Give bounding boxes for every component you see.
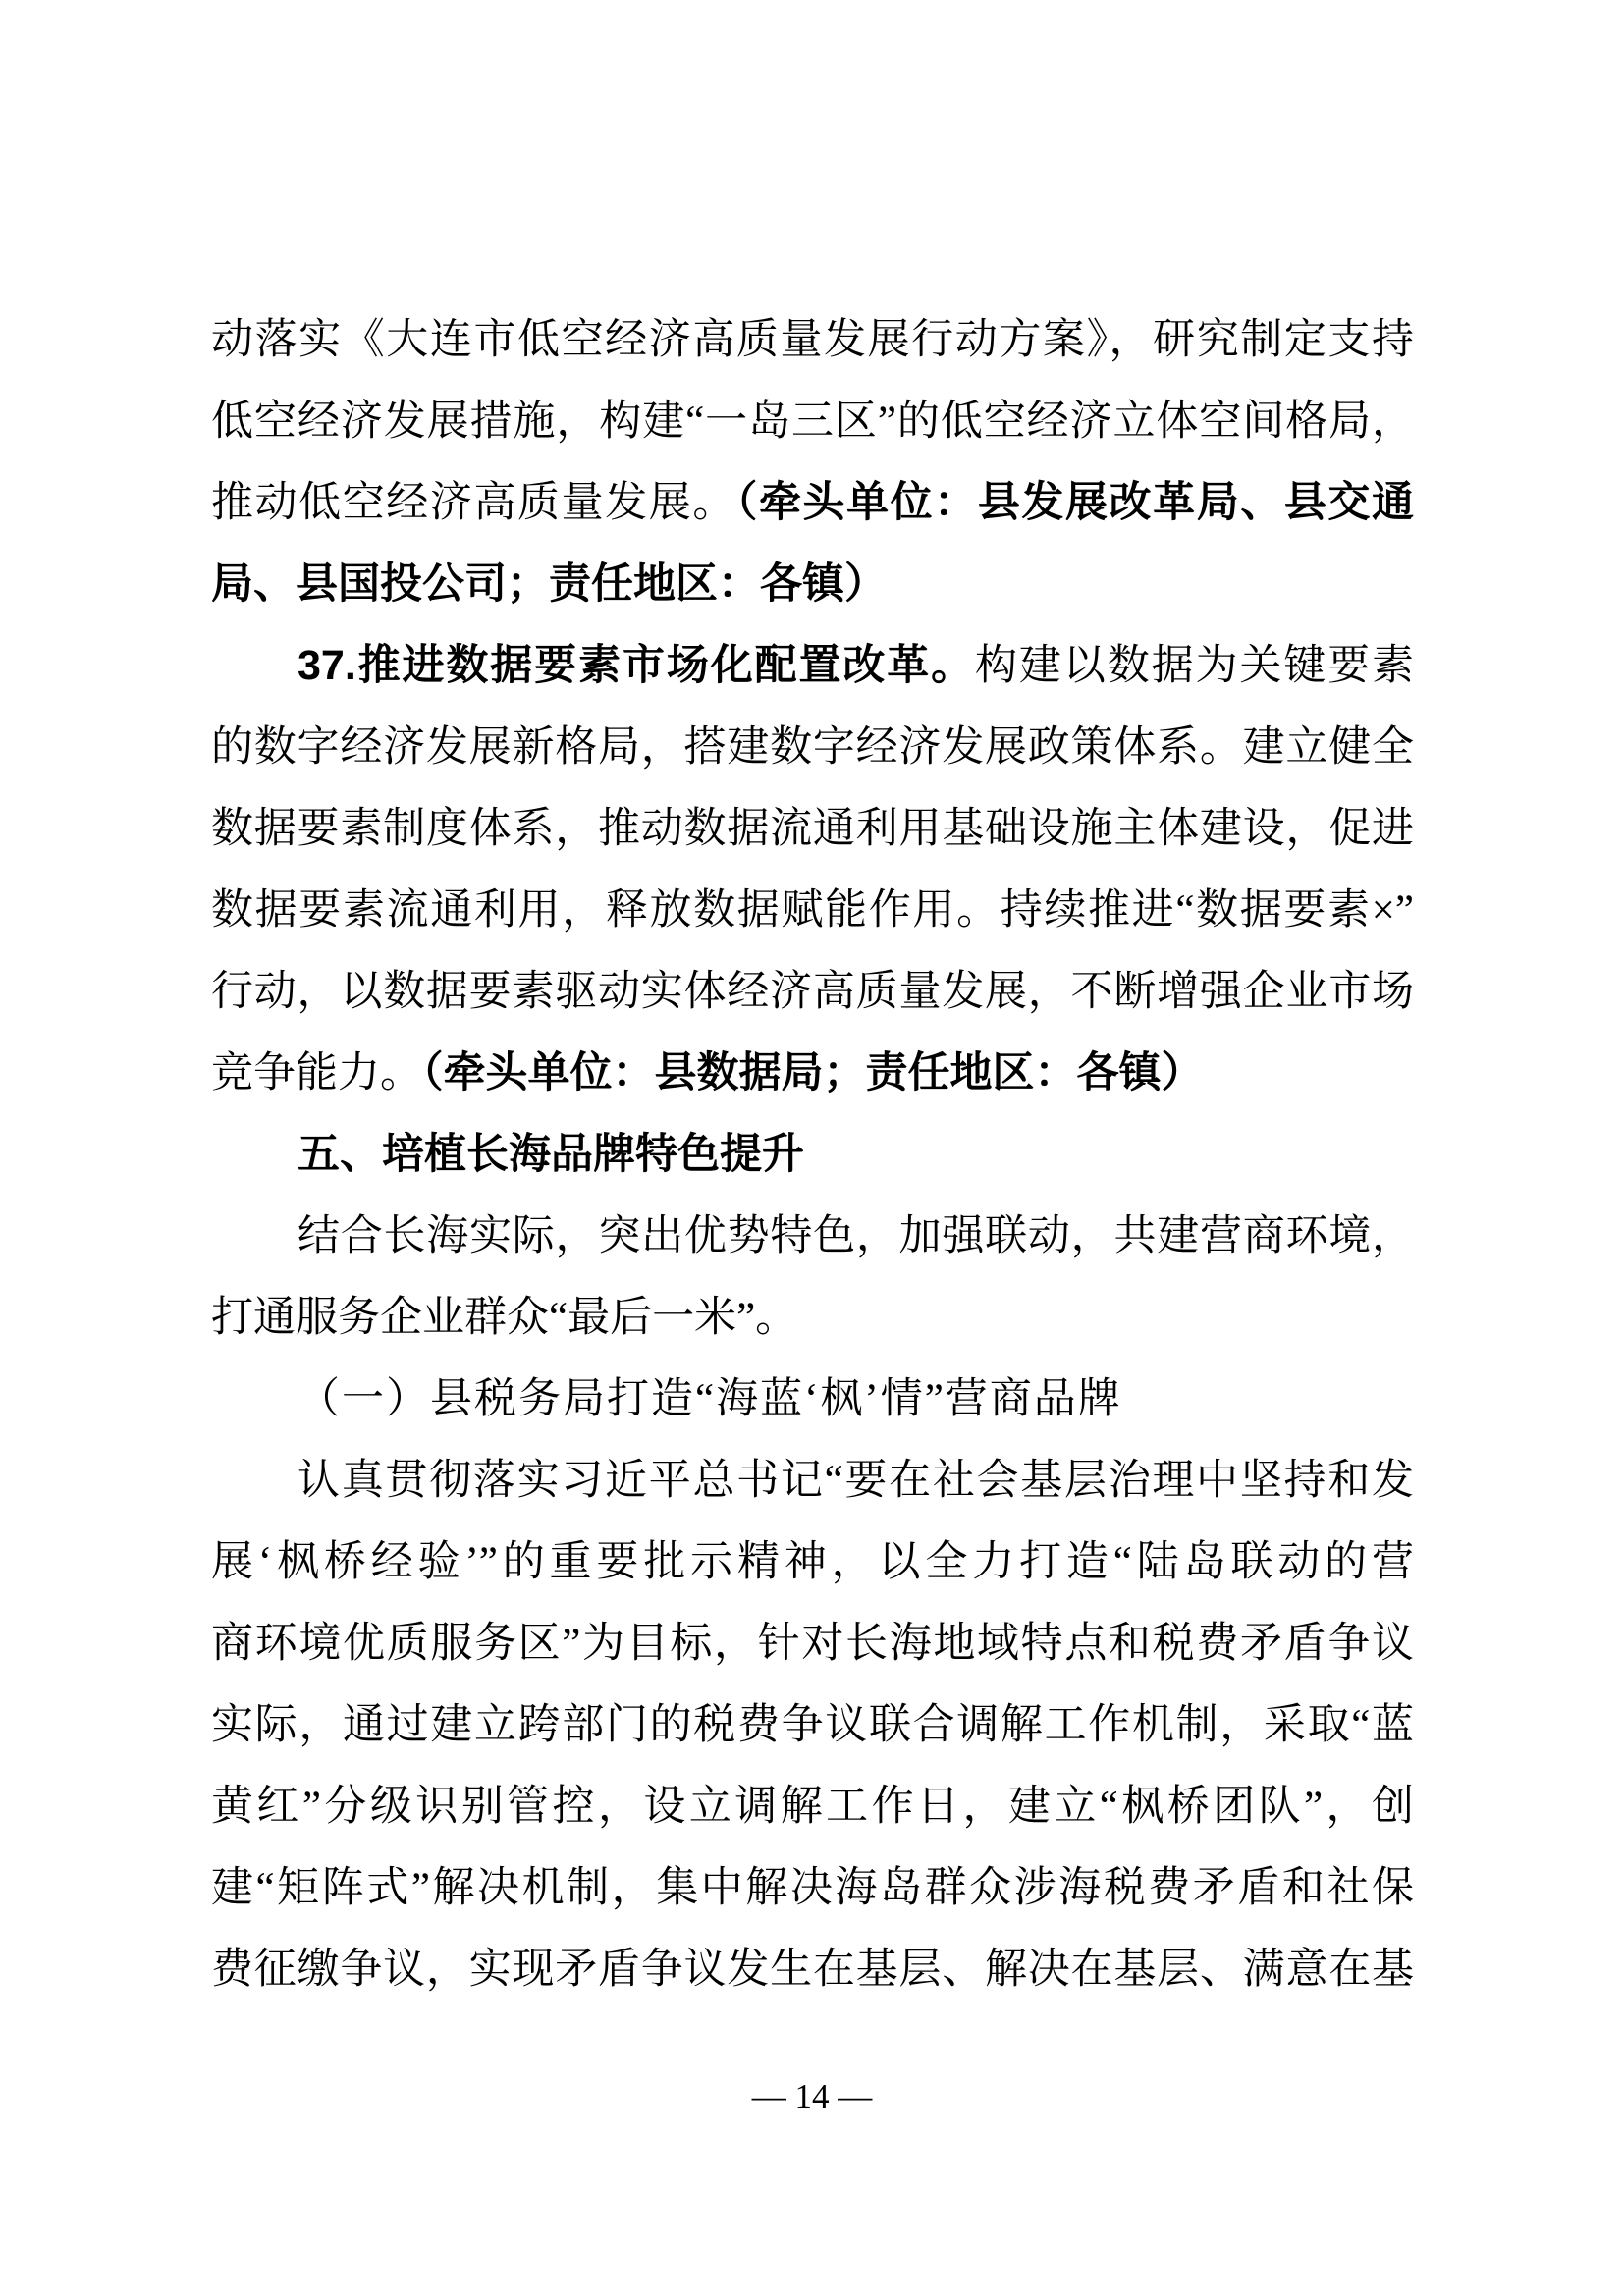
text-line: 黄红”分级识别管控，设立调解工作日，建立“枫桥团队”，创 xyxy=(211,1766,1414,1847)
text-line: 动落实《大连市低空经济高质量发展行动方案》，研究制定支持 xyxy=(211,299,1414,381)
body-text-segment: 结合长海实际，突出优势特色，加强联动，共建营商环境， xyxy=(298,1213,1414,1259)
text-line: 建“矩阵式”解决机制，集中解决海岛群众涉海税费矛盾和社保 xyxy=(211,1847,1414,1929)
bold-text-segment: 五、培植长海品牌特色提升 xyxy=(298,1131,804,1178)
text-line: 数据要素流通利用，释放数据赋能作用。持续推进“数据要素×” xyxy=(211,870,1414,951)
body-text-segment: 行动，以数据要素驱动实体经济高质量发展，不断增强企业市场 xyxy=(211,969,1414,1015)
body-text-segment: 低空经济发展措施，构建“一岛三区”的低空经济立体空间格局， xyxy=(211,399,1414,445)
document-page: 动落实《大连市低空经济高质量发展行动方案》，研究制定支持低空经济发展措施，构建“… xyxy=(0,0,1624,2296)
body-text-segment: 商环境优质服务区”为目标，针对长海地域特点和税费矛盾争议 xyxy=(211,1621,1414,1667)
text-line: 推动低空经济高质量发展。（牵头单位：县发展改革局、县交通 xyxy=(211,462,1414,544)
text-line: 局、县国投公司；责任地区：各镇） xyxy=(211,544,1414,625)
text-line: 打通服务企业群众“最后一米”。 xyxy=(211,1277,1414,1359)
body-text-segment: 竞争能力。 xyxy=(211,1050,422,1096)
text-line: 认真贯彻落实习近平总书记“要在社会基层治理中坚持和发 xyxy=(211,1440,1414,1522)
text-line: 结合长海实际，突出优势特色，加强联动，共建营商环境， xyxy=(211,1196,1414,1277)
body-text-segment: 的数字经济发展新格局，搭建数字经济发展政策体系。建立健全 xyxy=(211,724,1414,771)
page-number: — 14 — xyxy=(0,2073,1624,2120)
text-line: 37.推进数据要素市场化配置改革。构建以数据为关键要素 xyxy=(211,625,1414,707)
body-text-segment: 费征缴争议，实现矛盾争议发生在基层、解决在基层、满意在基 xyxy=(211,1947,1414,1993)
body-text-segment: 数据要素流通利用，释放数据赋能作用。持续推进“数据要素×” xyxy=(211,887,1414,934)
bold-text-segment: 37.推进数据要素市场化配置改革。 xyxy=(298,642,975,689)
body-text-segment: 建“矩阵式”解决机制，集中解决海岛群众涉海税费矛盾和社保 xyxy=(211,1865,1414,1911)
text-line: 展‘枫桥经验’”的重要批示精神，以全力打造“陆岛联动的营 xyxy=(211,1522,1414,1603)
text-line: 费征缴争议，实现矛盾争议发生在基层、解决在基层、满意在基 xyxy=(211,1929,1414,2010)
text-line: 数据要素制度体系，推动数据流通利用基础设施主体建设，促进 xyxy=(211,788,1414,870)
text-line: （一）县税务局打造“海蓝‘枫’情”营商品牌 xyxy=(211,1359,1414,1440)
text-line: 低空经济发展措施，构建“一岛三区”的低空经济立体空间格局， xyxy=(211,381,1414,462)
text-line: 实际，通过建立跨部门的税费争议联合调解工作机制，采取“蓝 xyxy=(211,1684,1414,1766)
body-text-segment: 构建以数据为关键要素 xyxy=(975,643,1414,689)
kaiti-heading-segment: （一）县税务局打造“海蓝‘枫’情”营商品牌 xyxy=(298,1376,1122,1422)
bold-text-segment: 局、县国投公司；责任地区：各镇） xyxy=(211,561,887,608)
body-text-segment: 数据要素制度体系，推动数据流通利用基础设施主体建设，促进 xyxy=(211,806,1414,852)
body-text-segment: 黄红”分级识别管控，设立调解工作日，建立“枫桥团队”，创 xyxy=(211,1784,1414,1830)
body-text-segment: 认真贯彻落实习近平总书记“要在社会基层治理中坚持和发 xyxy=(298,1458,1414,1504)
document-body: 动落实《大连市低空经济高质量发展行动方案》，研究制定支持低空经济发展措施，构建“… xyxy=(211,299,1414,2010)
text-line: 的数字经济发展新格局，搭建数字经济发展政策体系。建立健全 xyxy=(211,707,1414,788)
bold-text-segment: （牵头单位：县数据局；责任地区：各镇） xyxy=(422,1049,1204,1096)
bold-text-segment: （牵头单位：县发展改革局、县交通 xyxy=(736,479,1414,526)
body-text-segment: 实际，通过建立跨部门的税费争议联合调解工作机制，采取“蓝 xyxy=(211,1702,1414,1748)
text-line: 商环境优质服务区”为目标，针对长海地域特点和税费矛盾争议 xyxy=(211,1603,1414,1684)
text-line: 竞争能力。（牵头单位：县数据局；责任地区：各镇） xyxy=(211,1033,1414,1114)
text-line: 五、培植长海品牌特色提升 xyxy=(211,1114,1414,1196)
body-text-segment: 展‘枫桥经验’”的重要批示精神，以全力打造“陆岛联动的营 xyxy=(211,1539,1414,1585)
body-text-segment: 打通服务企业群众“最后一米”。 xyxy=(211,1295,797,1341)
text-line: 行动，以数据要素驱动实体经济高质量发展，不断增强企业市场 xyxy=(211,951,1414,1033)
body-text-segment: 推动低空经济高质量发展。 xyxy=(211,480,736,526)
body-text-segment: 动落实《大连市低空经济高质量发展行动方案》，研究制定支持 xyxy=(211,317,1414,363)
